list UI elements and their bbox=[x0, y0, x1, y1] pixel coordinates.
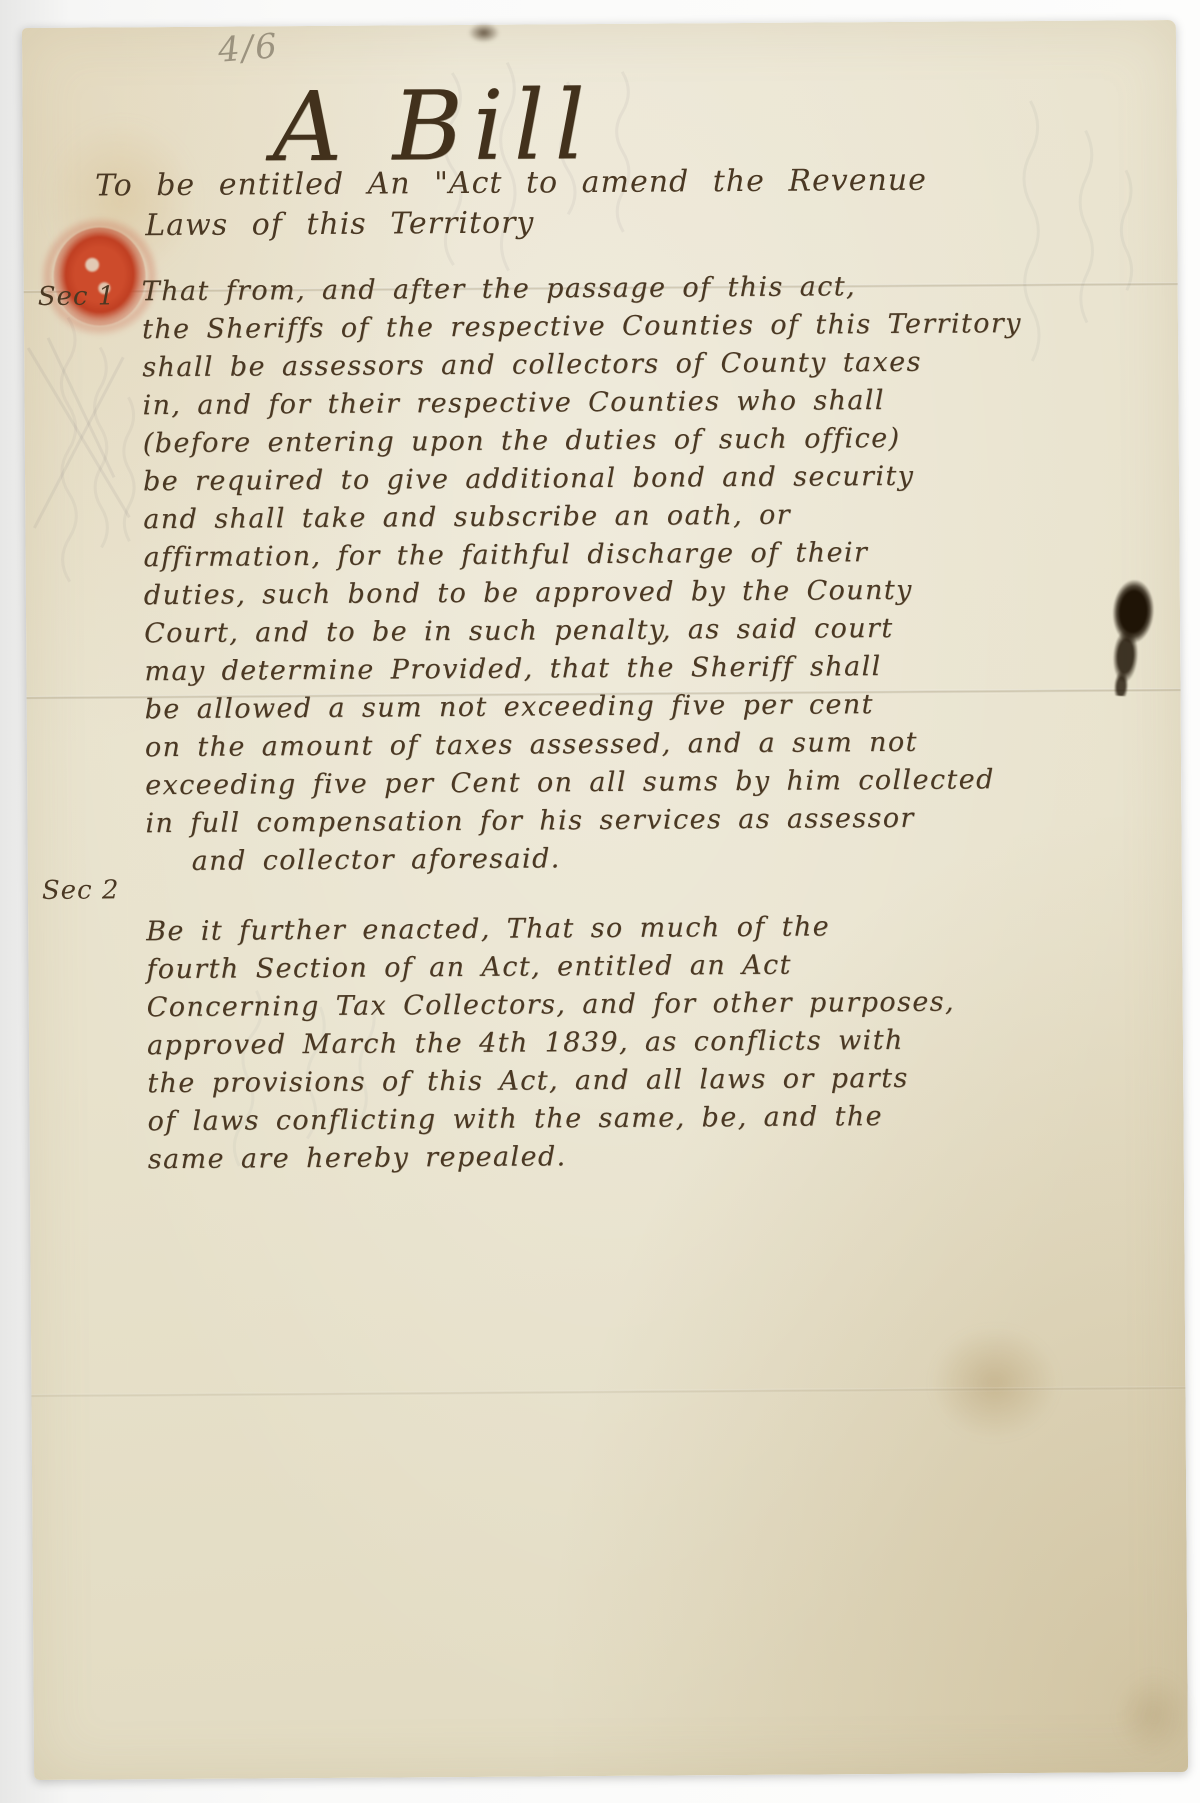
manuscript-line: exceeding five per Cent on all sums by h… bbox=[145, 761, 1105, 806]
manuscript-line: Concerning Tax Collectors, and for other… bbox=[147, 983, 1107, 1028]
manuscript-line: shall be assessors and collectors of Cou… bbox=[142, 343, 1102, 388]
manuscript-line: the Sheriffs of the respective Counties … bbox=[142, 305, 1102, 350]
paper-stain bbox=[1113, 1670, 1194, 1761]
paper-stain bbox=[929, 1325, 1060, 1441]
bleedthrough-cross-marks bbox=[18, 327, 150, 548]
section-1-marker: Sec 1 bbox=[38, 281, 116, 312]
manuscript-line: be allowed a sum not exceeding five per … bbox=[145, 685, 1105, 730]
document-subtitle-line: Laws of this Territory bbox=[145, 204, 534, 245]
manuscript-line: of laws conflicting with the same, be, a… bbox=[147, 1096, 1107, 1141]
manuscript-line: on the amount of taxes assessed, and a s… bbox=[145, 723, 1105, 768]
manuscript-paper: 4/6 A Bill To be entitled An "Act to ame… bbox=[22, 20, 1188, 1780]
ink-blot bbox=[1101, 577, 1158, 698]
manuscript-line: may determine Provided, that the Sheriff… bbox=[144, 647, 1104, 692]
document-subtitle-line: To be entitled An "Act to amend the Reve… bbox=[95, 162, 927, 206]
manuscript-line: and collector aforesaid. bbox=[146, 837, 1106, 882]
section-2-body: Be it further enacted, That so much of t… bbox=[146, 907, 1108, 1180]
ink-smudge bbox=[468, 23, 500, 43]
manuscript-line: duties, such bond to be approved by the … bbox=[144, 571, 1104, 616]
manuscript-line: the provisions of this Act, and all laws… bbox=[147, 1058, 1107, 1103]
section-2-marker: Sec 2 bbox=[42, 875, 120, 906]
manuscript-line: be required to give additional bond and … bbox=[143, 457, 1103, 502]
manuscript-line: (before entering upon the duties of such… bbox=[143, 419, 1103, 464]
manuscript-line: Be it further enacted, That so much of t… bbox=[146, 907, 1106, 952]
manuscript-line: and shall take and subscribe an oath, or bbox=[143, 495, 1103, 540]
manuscript-line: Court, and to be in such penalty, as sai… bbox=[144, 609, 1104, 654]
manuscript-line: approved March the 4th 1839, as conflict… bbox=[147, 1020, 1107, 1065]
manuscript-line: affirmation, for the faithful discharge … bbox=[143, 533, 1103, 578]
manuscript-line: in full compensation for his services as… bbox=[145, 799, 1105, 844]
manuscript-line: in, and for their respective Counties wh… bbox=[142, 381, 1102, 426]
pencil-notation: 4/6 bbox=[217, 26, 281, 71]
section-1-body: That from, and after the passage of this… bbox=[142, 267, 1106, 882]
manuscript-line: same are hereby repealed. bbox=[148, 1134, 1108, 1179]
manuscript-line: That from, and after the passage of this… bbox=[142, 267, 1102, 312]
manuscript-line: fourth Section of an Act, entitled an Ac… bbox=[146, 945, 1106, 990]
